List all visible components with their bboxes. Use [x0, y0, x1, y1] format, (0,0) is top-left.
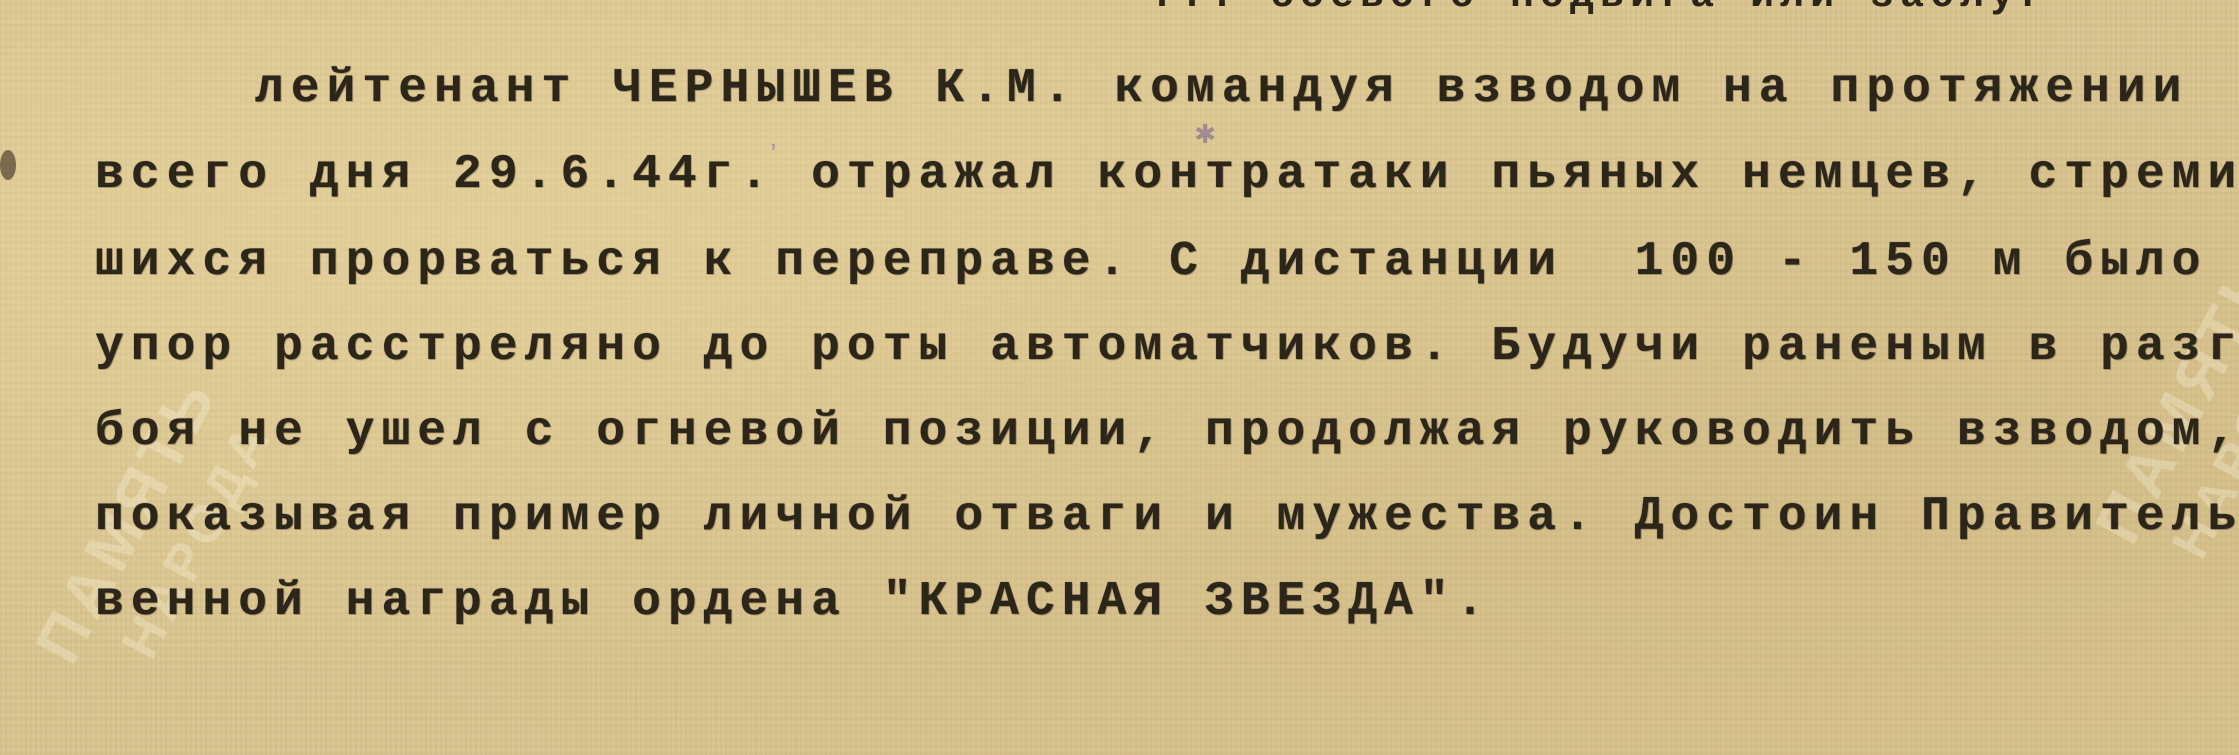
citation-line-7: венной награды ордена "КРАСНАЯ ЗВЕЗДА".	[95, 575, 1491, 629]
punch-hole-mark-icon	[0, 150, 16, 180]
citation-line-4: упор расстреляно до роты автоматчиков. Б…	[95, 320, 2239, 374]
cut-off-header-line: ... боевого подвига или заслуг	[1150, 0, 2050, 19]
citation-line-6: показывая пример личной отваги и мужеств…	[95, 490, 2239, 544]
citation-line-5: боя не ушел с огневой позиции, продолжая…	[95, 405, 2239, 459]
document-page: ... боевого подвига или заслуг ПАМЯТЬ НА…	[0, 0, 2239, 755]
citation-line-1: лейтенант ЧЕРНЫШЕВ К.М. командуя взводом…	[255, 62, 2188, 116]
citation-line-2: всего дня 29.6.44г. отражал контратаки п…	[95, 148, 2239, 202]
citation-line-3: шихся прорваться к переправе. С дистанци…	[95, 235, 2239, 289]
